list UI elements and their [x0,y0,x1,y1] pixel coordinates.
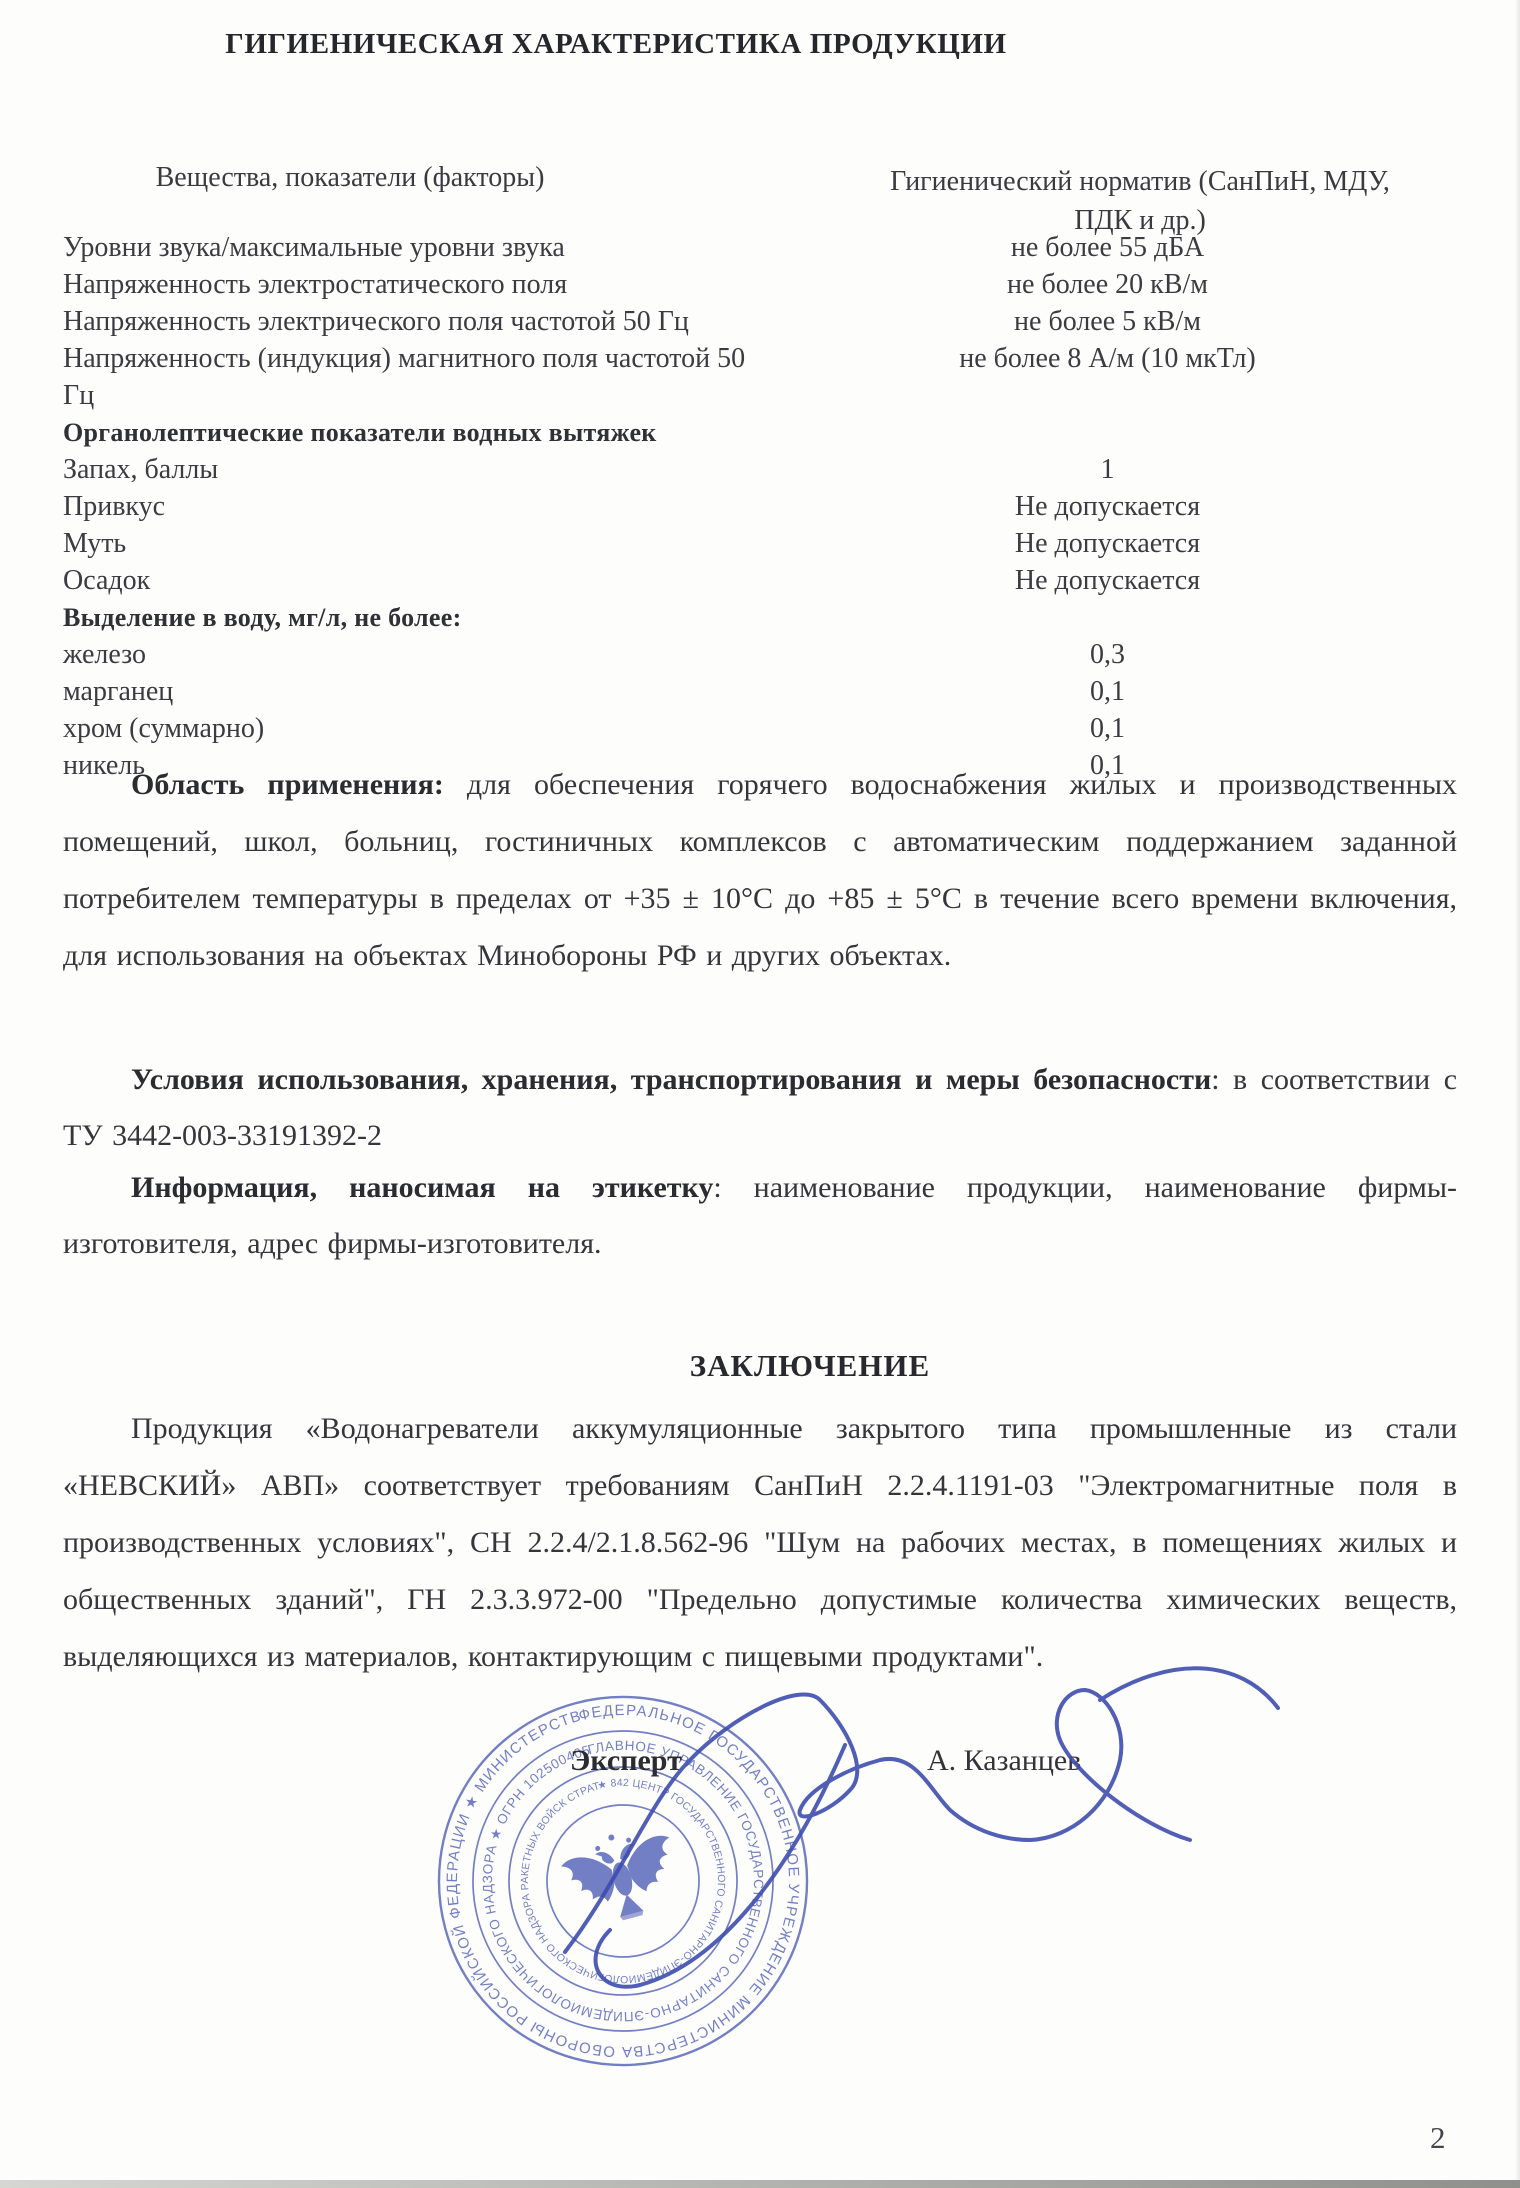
row-label: Муть [63,525,758,562]
scanned-document-page: ГИГИЕНИЧЕСКАЯ ХАРАКТЕРИСТИКА ПРОДУКЦИИ В… [0,0,1520,2188]
table-row: Напряженность электростатического поля н… [63,266,1457,303]
row-value: Не допускается [758,525,1457,562]
table-row: Напряженность электрического поля частот… [63,303,1457,340]
row-value: Не допускается [758,488,1457,525]
conditions-lead: Условия использования, хранения, транспо… [131,1063,1211,1096]
row-label: Напряженность (индукция) магнитного поля… [63,340,758,414]
table-row: Напряженность (индукция) магнитного поля… [63,340,1457,414]
row-label: Выделение в воду, мг/л, не более: [63,599,758,636]
row-value: 0,3 [758,636,1457,673]
characteristics-table: Уровни звука/максимальные уровни звука н… [63,229,1457,784]
table-row: железо 0,3 [63,636,1457,673]
label-info-paragraph: Информация, наносимая на этикетку: наиме… [63,1160,1457,1272]
conclusion-heading: ЗАКЛЮЧЕНИЕ [100,1348,1520,1384]
label-info-lead: Информация, наносимая на этикетку [131,1171,713,1204]
row-label: железо [63,636,758,673]
row-value: Не допускается [758,562,1457,599]
row-value: 0,1 [758,710,1457,747]
row-label: хром (суммарно) [63,710,758,747]
conditions-paragraph: Условия использования, хранения, транспо… [63,1052,1457,1164]
row-label: марганец [63,673,758,710]
row-value: не более 8 А/м (10 мкТл) [758,340,1457,377]
double-headed-eagle-icon [556,1820,686,1932]
table-row: Привкус Не допускается [63,488,1457,525]
page-number: 2 [1430,2120,1446,2156]
row-value: не более 5 кВ/м [758,303,1457,340]
row-label: Напряженность электростатического поля [63,266,758,303]
table-subheader-row: Выделение в воду, мг/л, не более: [63,599,1457,636]
application-lead: Область применения: [131,768,444,801]
row-label: Привкус [63,488,758,525]
table-row: Осадок Не допускается [63,562,1457,599]
table-row: хром (суммарно) 0,1 [63,710,1457,747]
table-subheader-row: Органолептические показатели водных вытя… [63,414,1457,451]
row-label: Напряженность электрического поля частот… [63,303,758,340]
conclusion-paragraph: Продукция «Водонагреватели аккумуляционн… [63,1400,1457,1685]
application-paragraph: Область применения: для обеспечения горя… [63,756,1457,984]
row-label: Органолептические показатели водных вытя… [63,414,758,451]
row-value: 0,1 [758,673,1457,710]
table-col1-header: Вещества, показатели (факторы) [100,162,600,194]
table-row: Запах, баллы 1 [63,451,1457,488]
page-title: ГИГИЕНИЧЕСКАЯ ХАРАКТЕРИСТИКА ПРОДУКЦИИ [0,28,1232,61]
official-round-stamp: ФЕДЕРАЛЬНОЕ ГОСУДАРСТВЕННОЕ УЧРЕЖДЕНИЕ М… [408,1666,838,2096]
row-label: Уровни звука/максимальные уровни звука [63,229,758,266]
row-value: не более 55 дБА [758,229,1457,266]
table-row: марганец 0,1 [63,673,1457,710]
signature-role-label: Эксперт [570,1744,682,1778]
row-label: Запах, баллы [63,451,758,488]
scan-edge-shadow-right [1515,0,1520,2188]
table-row: Уровни звука/максимальные уровни звука н… [63,229,1457,266]
row-label: Осадок [63,562,758,599]
signature-name: А. Казанцев [927,1744,1081,1778]
row-value: не более 20 кВ/м [758,266,1457,303]
table-row: Муть Не допускается [63,525,1457,562]
scan-edge-shadow-bottom [0,2180,1520,2188]
row-value: 1 [758,451,1457,488]
